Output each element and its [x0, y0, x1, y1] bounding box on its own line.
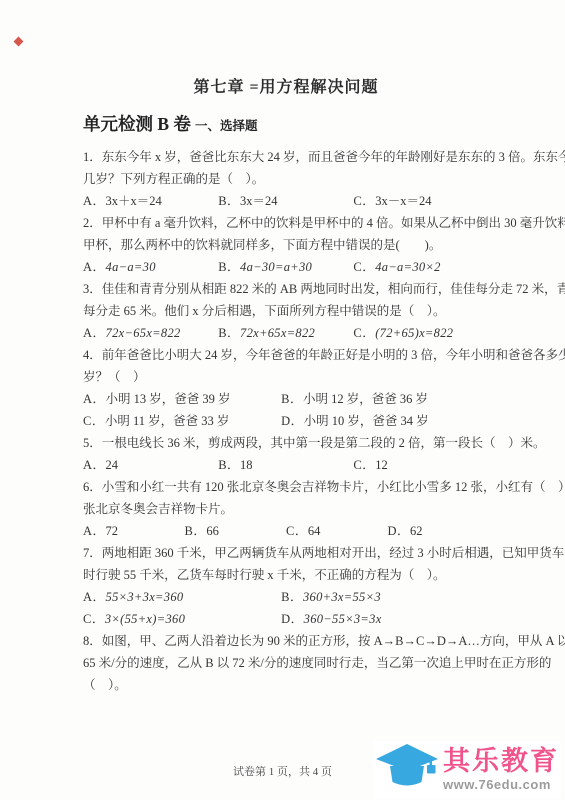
option-label: B． [281, 590, 303, 604]
graduation-cap-icon [375, 743, 439, 795]
option-a: A．3x＋x＝24 [83, 190, 218, 212]
option-label: A． [83, 392, 106, 406]
question-5: 5．一根电线长 36 米，剪成两段，其中第一段是第二段的 2 倍，第一段长（ ）… [83, 432, 489, 476]
question-text-line: 7．两地相距 360 千米，甲乙两辆货车从两地相对开出，经过 3 小时后相遇，已… [83, 542, 489, 564]
option-text: 72 [106, 524, 119, 538]
page-title: 第七章 =用方程解决问题 [83, 78, 489, 98]
option-label: A． [83, 326, 106, 340]
option-text: 62 [410, 524, 423, 538]
option-a: A．24 [83, 454, 218, 476]
option-label: A． [83, 260, 106, 274]
options-row: A．72B．66C．64D．62 [83, 520, 489, 542]
question-text-line: 几岁？下列方程正确的是（ ）。 [83, 168, 489, 190]
option-label: B． [218, 458, 240, 472]
option-text: 64 [308, 524, 321, 538]
options-row: C．小明 11 岁，爸爸 33 岁D．小明 10 岁，爸爸 34 岁 [83, 410, 489, 432]
option-a: A．72x−65x=822 [83, 322, 218, 344]
question-text-line: 甲杯，那么两杯中的饮料就同样多，下面方程中错误的是( )。 [83, 234, 489, 256]
question-text-line: 65 米/分的速度，乙从 B 以 72 米/分的速度同时行走，当乙第一次追上甲时… [83, 652, 489, 674]
option-label: A． [83, 194, 106, 208]
qile-logo-name: 其乐教育 [443, 748, 559, 775]
option-text: 72x−65x=822 [106, 326, 181, 340]
question-text-line: 6．小雪和小红一共有 120 张北京冬奥会吉祥物卡片，小红比小雪多 12 张，小… [83, 476, 489, 498]
question-text-line: 3．佳佳和青青分别从相距 822 米的 AB 两地同时出发，相向而行，佳佳每分走… [83, 278, 489, 300]
question-text-line: 每分走 65 米。他们 x 分后相遇，下面所列方程中错误的是（ ）。 [83, 300, 489, 322]
option-text: 12 [375, 458, 388, 472]
option-label: B． [218, 260, 240, 274]
option-c: C．64 [286, 520, 388, 542]
option-text: 360+3x=55×3 [303, 590, 381, 604]
option-label: C． [286, 524, 308, 538]
option-a: A．72 [83, 520, 185, 542]
question-8: 8．如图，甲、乙两人沿着边长为 90 米的正方形，按 A→B→C→D→A…方向，… [83, 630, 489, 696]
question-3: 3．佳佳和青青分别从相距 822 米的 AB 两地同时出发，相向而行，佳佳每分走… [83, 278, 489, 344]
exam-page: 第七章 =用方程解决问题 单元检测 B 卷 一、选择题 1．东东今年 x 岁，爸… [83, 78, 489, 696]
option-c: C．12 [353, 454, 488, 476]
options-row: C．3×(55+x)=360D．360−55×3=3x [83, 608, 489, 630]
option-b: B．4a−30=a+30 [218, 256, 353, 278]
option-c: C．4a−a=30×2 [353, 256, 488, 278]
option-label: C． [353, 326, 375, 340]
option-text: 3x－x＝24 [375, 194, 431, 208]
option-text: 72x+65x=822 [240, 326, 315, 340]
option-a: A．4a−a=30 [83, 256, 218, 278]
option-label: A． [83, 590, 106, 604]
option-text: 4a−a=30×2 [375, 260, 441, 274]
section-heading-main: 单元检测 B 卷 [83, 114, 191, 134]
questions-list: 1．东东今年 x 岁，爸爸比东东大 24 岁，而且爸爸今年的年龄刚好是东东的 3… [83, 146, 489, 696]
option-label: C． [83, 612, 105, 626]
options-row: A．小明 13 岁，爸爸 39 岁B．小明 12 岁，爸爸 36 岁 [83, 388, 489, 410]
option-label: A． [83, 458, 106, 472]
qile-logo-url: www.76edu.com [443, 778, 559, 791]
question-text-line: 1．东东今年 x 岁，爸爸比东东大 24 岁，而且爸爸今年的年龄刚好是东东的 3… [83, 146, 489, 168]
option-label: C． [353, 260, 375, 274]
option-text: 3×(55+x)=360 [105, 612, 185, 626]
option-text: 小明 13 岁，爸爸 39 岁 [106, 392, 231, 406]
question-text-line: （ ）。 [83, 674, 489, 696]
option-label: B． [281, 392, 303, 406]
question-7: 7．两地相距 360 千米，甲乙两辆货车从两地相对开出，经过 3 小时后相遇，已… [83, 542, 489, 630]
options-row: A．3x＋x＝24B．3x＝24C．3x－x＝24 [83, 190, 489, 212]
option-b: B．小明 12 岁，爸爸 36 岁 [281, 388, 479, 410]
option-a: A．小明 13 岁，爸爸 39 岁 [83, 388, 281, 410]
option-c: C．(72+65)x=822 [353, 322, 488, 344]
option-text: 24 [106, 458, 119, 472]
option-text: 360−55×3=3x [304, 612, 382, 626]
options-row: A．55×3+3x=360B．360+3x=55×3 [83, 586, 489, 608]
option-c: C．3×(55+x)=360 [83, 608, 281, 630]
option-label: C． [353, 194, 375, 208]
question-text-line: 8．如图，甲、乙两人沿着边长为 90 米的正方形，按 A→B→C→D→A…方向，… [83, 630, 489, 652]
option-text: 66 [206, 524, 219, 538]
option-label: C． [353, 458, 375, 472]
question-text-line: 岁？（ ） [83, 366, 489, 388]
option-text: 3x＋x＝24 [106, 194, 162, 208]
question-6: 6．小雪和小红一共有 120 张北京冬奥会吉祥物卡片，小红比小雪多 12 张，小… [83, 476, 489, 542]
option-text: 18 [240, 458, 253, 472]
question-text-line: 4．前年爸爸比小明大 24 岁，今年爸爸的年龄正好是小明的 3 倍，今年小明和爸… [83, 344, 489, 366]
option-text: 小明 11 岁，爸爸 33 岁 [105, 414, 230, 428]
section-heading-sub: 一、选择题 [195, 119, 258, 133]
question-2: 2．甲杯中有 a 毫升饮料，乙杯中的饮料是甲杯中的 4 倍。如果从乙杯中倒出 3… [83, 212, 489, 278]
option-text: 55×3+3x=360 [106, 590, 184, 604]
option-text: 3x＝24 [240, 194, 278, 208]
options-row: A．4a−a=30B．4a−30=a+30C．4a−a=30×2 [83, 256, 489, 278]
option-text: 小明 10 岁，爸爸 34 岁 [304, 414, 429, 428]
option-c: C．3x－x＝24 [353, 190, 488, 212]
option-b: B．360+3x=55×3 [281, 586, 479, 608]
option-text: 4a−30=a+30 [240, 260, 312, 274]
question-text-line: 5．一根电线长 36 米，剪成两段，其中第一段是第二段的 2 倍，第一段长（ ）… [83, 432, 489, 454]
question-text-line: 张北京冬奥会吉祥物卡片。 [83, 498, 489, 520]
option-label: B． [185, 524, 207, 538]
option-d: D．小明 10 岁，爸爸 34 岁 [281, 410, 479, 432]
logo-text-block: 其乐教育 www.76edu.com [443, 748, 559, 791]
option-text: 小明 12 岁，爸爸 36 岁 [303, 392, 428, 406]
question-4: 4．前年爸爸比小明大 24 岁，今年爸爸的年龄正好是小明的 3 倍，今年小明和爸… [83, 344, 489, 432]
option-label: B． [218, 326, 240, 340]
section-heading: 单元检测 B 卷 一、选择题 [83, 112, 489, 138]
option-label: D． [388, 524, 411, 538]
option-d: D．360−55×3=3x [281, 608, 479, 630]
option-label: C． [83, 414, 105, 428]
options-row: A．72x−65x=822B．72x+65x=822C．(72+65)x=822 [83, 322, 489, 344]
option-b: B．18 [218, 454, 353, 476]
option-b: B．3x＝24 [218, 190, 353, 212]
option-d: D．62 [388, 520, 490, 542]
option-a: A．55×3+3x=360 [83, 586, 281, 608]
question-text-line: 时行驶 55 千米，乙货车每时行驶 x 千米，不正确的方程为（ ）。 [83, 564, 489, 586]
option-label: A． [83, 524, 106, 538]
option-label: D． [281, 612, 304, 626]
option-label: B． [218, 194, 240, 208]
question-text-line: 2．甲杯中有 a 毫升饮料，乙杯中的饮料是甲杯中的 4 倍。如果从乙杯中倒出 3… [83, 212, 489, 234]
question-1: 1．东东今年 x 岁，爸爸比东东大 24 岁，而且爸爸今年的年龄刚好是东东的 3… [83, 146, 489, 212]
red-stamp-mark [14, 37, 24, 47]
option-c: C．小明 11 岁，爸爸 33 岁 [83, 410, 281, 432]
option-b: B．72x+65x=822 [218, 322, 353, 344]
option-label: D． [281, 414, 304, 428]
option-text: 4a−a=30 [106, 260, 156, 274]
options-row: A．24B．18C．12 [83, 454, 489, 476]
qile-education-logo: 其乐教育 www.76edu.com [373, 741, 561, 799]
option-b: B．66 [185, 520, 287, 542]
option-text: (72+65)x=822 [375, 326, 453, 340]
